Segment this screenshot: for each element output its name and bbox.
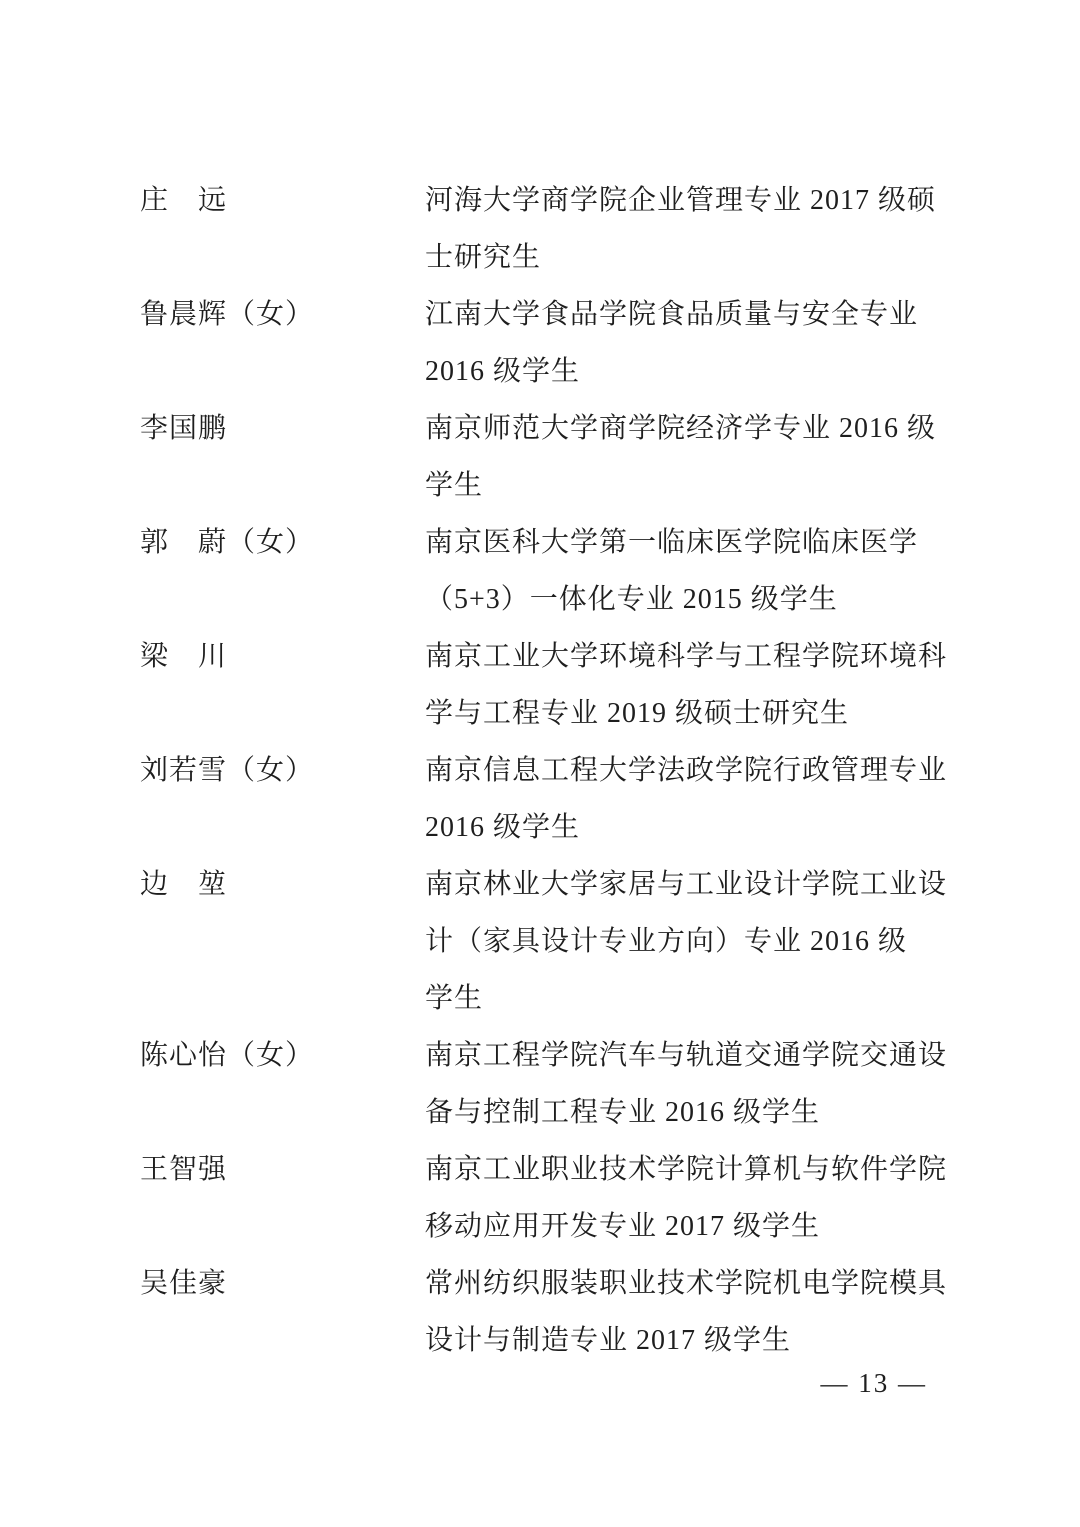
student-affiliation: 南京林业大学家居与工业设计学院工业设计（家具设计专业方向）专业 2016 级学生 — [425, 856, 950, 1027]
affiliation-line: 河海大学商学院企业管理专业 2017 级硕 — [425, 172, 950, 229]
student-entry: 刘若雪（女） 南京信息工程大学法政学院行政管理专业2016 级学生 — [140, 742, 950, 856]
affiliation-line: 移动应用开发专业 2017 级学生 — [425, 1198, 950, 1255]
student-entry: 吴佳豪 常州纺织服装职业技术学院机电学院模具设计与制造专业 2017 级学生 — [140, 1255, 950, 1369]
affiliation-line: 江南大学食品学院食品质量与安全专业 — [425, 286, 950, 343]
affiliation-line: 南京信息工程大学法政学院行政管理专业 — [425, 742, 950, 799]
affiliation-line: 备与控制工程专业 2016 级学生 — [425, 1084, 950, 1141]
student-name: 李国鹏 — [140, 400, 425, 457]
student-affiliation: 南京师范大学商学院经济学专业 2016 级学生 — [425, 400, 950, 514]
affiliation-line: 南京医科大学第一临床医学院临床医学 — [425, 514, 950, 571]
student-entry: 梁 川 南京工业大学环境科学与工程学院环境科学与工程专业 2019 级硕士研究生 — [140, 628, 950, 742]
student-entry: 李国鹏 南京师范大学商学院经济学专业 2016 级学生 — [140, 400, 950, 514]
student-entry: 王智强 南京工业职业技术学院计算机与软件学院移动应用开发专业 2017 级学生 — [140, 1141, 950, 1255]
affiliation-line: 南京工程学院汽车与轨道交通学院交通设 — [425, 1027, 950, 1084]
affiliation-line: 2016 级学生 — [425, 343, 950, 400]
student-name: 王智强 — [140, 1141, 425, 1198]
student-list: 庄 远 河海大学商学院企业管理专业 2017 级硕士研究生 鲁晨辉（女） 江南大… — [140, 172, 950, 1369]
student-entry: 陈心怡（女） 南京工程学院汽车与轨道交通学院交通设备与控制工程专业 2016 级… — [140, 1027, 950, 1141]
student-affiliation: 江南大学食品学院食品质量与安全专业2016 级学生 — [425, 286, 950, 400]
student-entry: 郭 蔚（女） 南京医科大学第一临床医学院临床医学（5+3）一体化专业 2015 … — [140, 514, 950, 628]
student-affiliation: 南京工业大学环境科学与工程学院环境科学与工程专业 2019 级硕士研究生 — [425, 628, 950, 742]
affiliation-line: 2016 级学生 — [425, 799, 950, 856]
student-affiliation: 南京工业职业技术学院计算机与软件学院移动应用开发专业 2017 级学生 — [425, 1141, 950, 1255]
student-affiliation: 南京医科大学第一临床医学院临床医学（5+3）一体化专业 2015 级学生 — [425, 514, 950, 628]
affiliation-line: 学生 — [425, 457, 950, 514]
affiliation-line: 南京工业职业技术学院计算机与软件学院 — [425, 1141, 950, 1198]
affiliation-line: 计（家具设计专业方向）专业 2016 级 — [425, 913, 950, 970]
student-entry: 鲁晨辉（女） 江南大学食品学院食品质量与安全专业2016 级学生 — [140, 286, 950, 400]
student-name: 刘若雪（女） — [140, 742, 425, 799]
student-name: 鲁晨辉（女） — [140, 286, 425, 343]
affiliation-line: 设计与制造专业 2017 级学生 — [425, 1312, 950, 1369]
page-number: — 13 — — [821, 1368, 928, 1398]
affiliation-line: 学与工程专业 2019 级硕士研究生 — [425, 685, 950, 742]
document-page: 庄 远 河海大学商学院企业管理专业 2017 级硕士研究生 鲁晨辉（女） 江南大… — [0, 0, 1080, 1527]
affiliation-line: （5+3）一体化专业 2015 级学生 — [425, 571, 950, 628]
student-name: 吴佳豪 — [140, 1255, 425, 1312]
affiliation-line: 南京林业大学家居与工业设计学院工业设 — [425, 856, 950, 913]
student-name: 郭 蔚（女） — [140, 514, 425, 571]
student-affiliation: 常州纺织服装职业技术学院机电学院模具设计与制造专业 2017 级学生 — [425, 1255, 950, 1369]
student-name: 梁 川 — [140, 628, 425, 685]
student-affiliation: 南京信息工程大学法政学院行政管理专业2016 级学生 — [425, 742, 950, 856]
affiliation-line: 常州纺织服装职业技术学院机电学院模具 — [425, 1255, 950, 1312]
student-affiliation: 河海大学商学院企业管理专业 2017 级硕士研究生 — [425, 172, 950, 286]
student-entry: 边 堃 南京林业大学家居与工业设计学院工业设计（家具设计专业方向）专业 2016… — [140, 856, 950, 1027]
student-name: 边 堃 — [140, 856, 425, 913]
student-name: 庄 远 — [140, 172, 425, 229]
affiliation-line: 士研究生 — [425, 229, 950, 286]
student-entry: 庄 远 河海大学商学院企业管理专业 2017 级硕士研究生 — [140, 172, 950, 286]
affiliation-line: 南京师范大学商学院经济学专业 2016 级 — [425, 400, 950, 457]
affiliation-line: 学生 — [425, 970, 950, 1027]
affiliation-line: 南京工业大学环境科学与工程学院环境科 — [425, 628, 950, 685]
student-affiliation: 南京工程学院汽车与轨道交通学院交通设备与控制工程专业 2016 级学生 — [425, 1027, 950, 1141]
student-name: 陈心怡（女） — [140, 1027, 425, 1084]
